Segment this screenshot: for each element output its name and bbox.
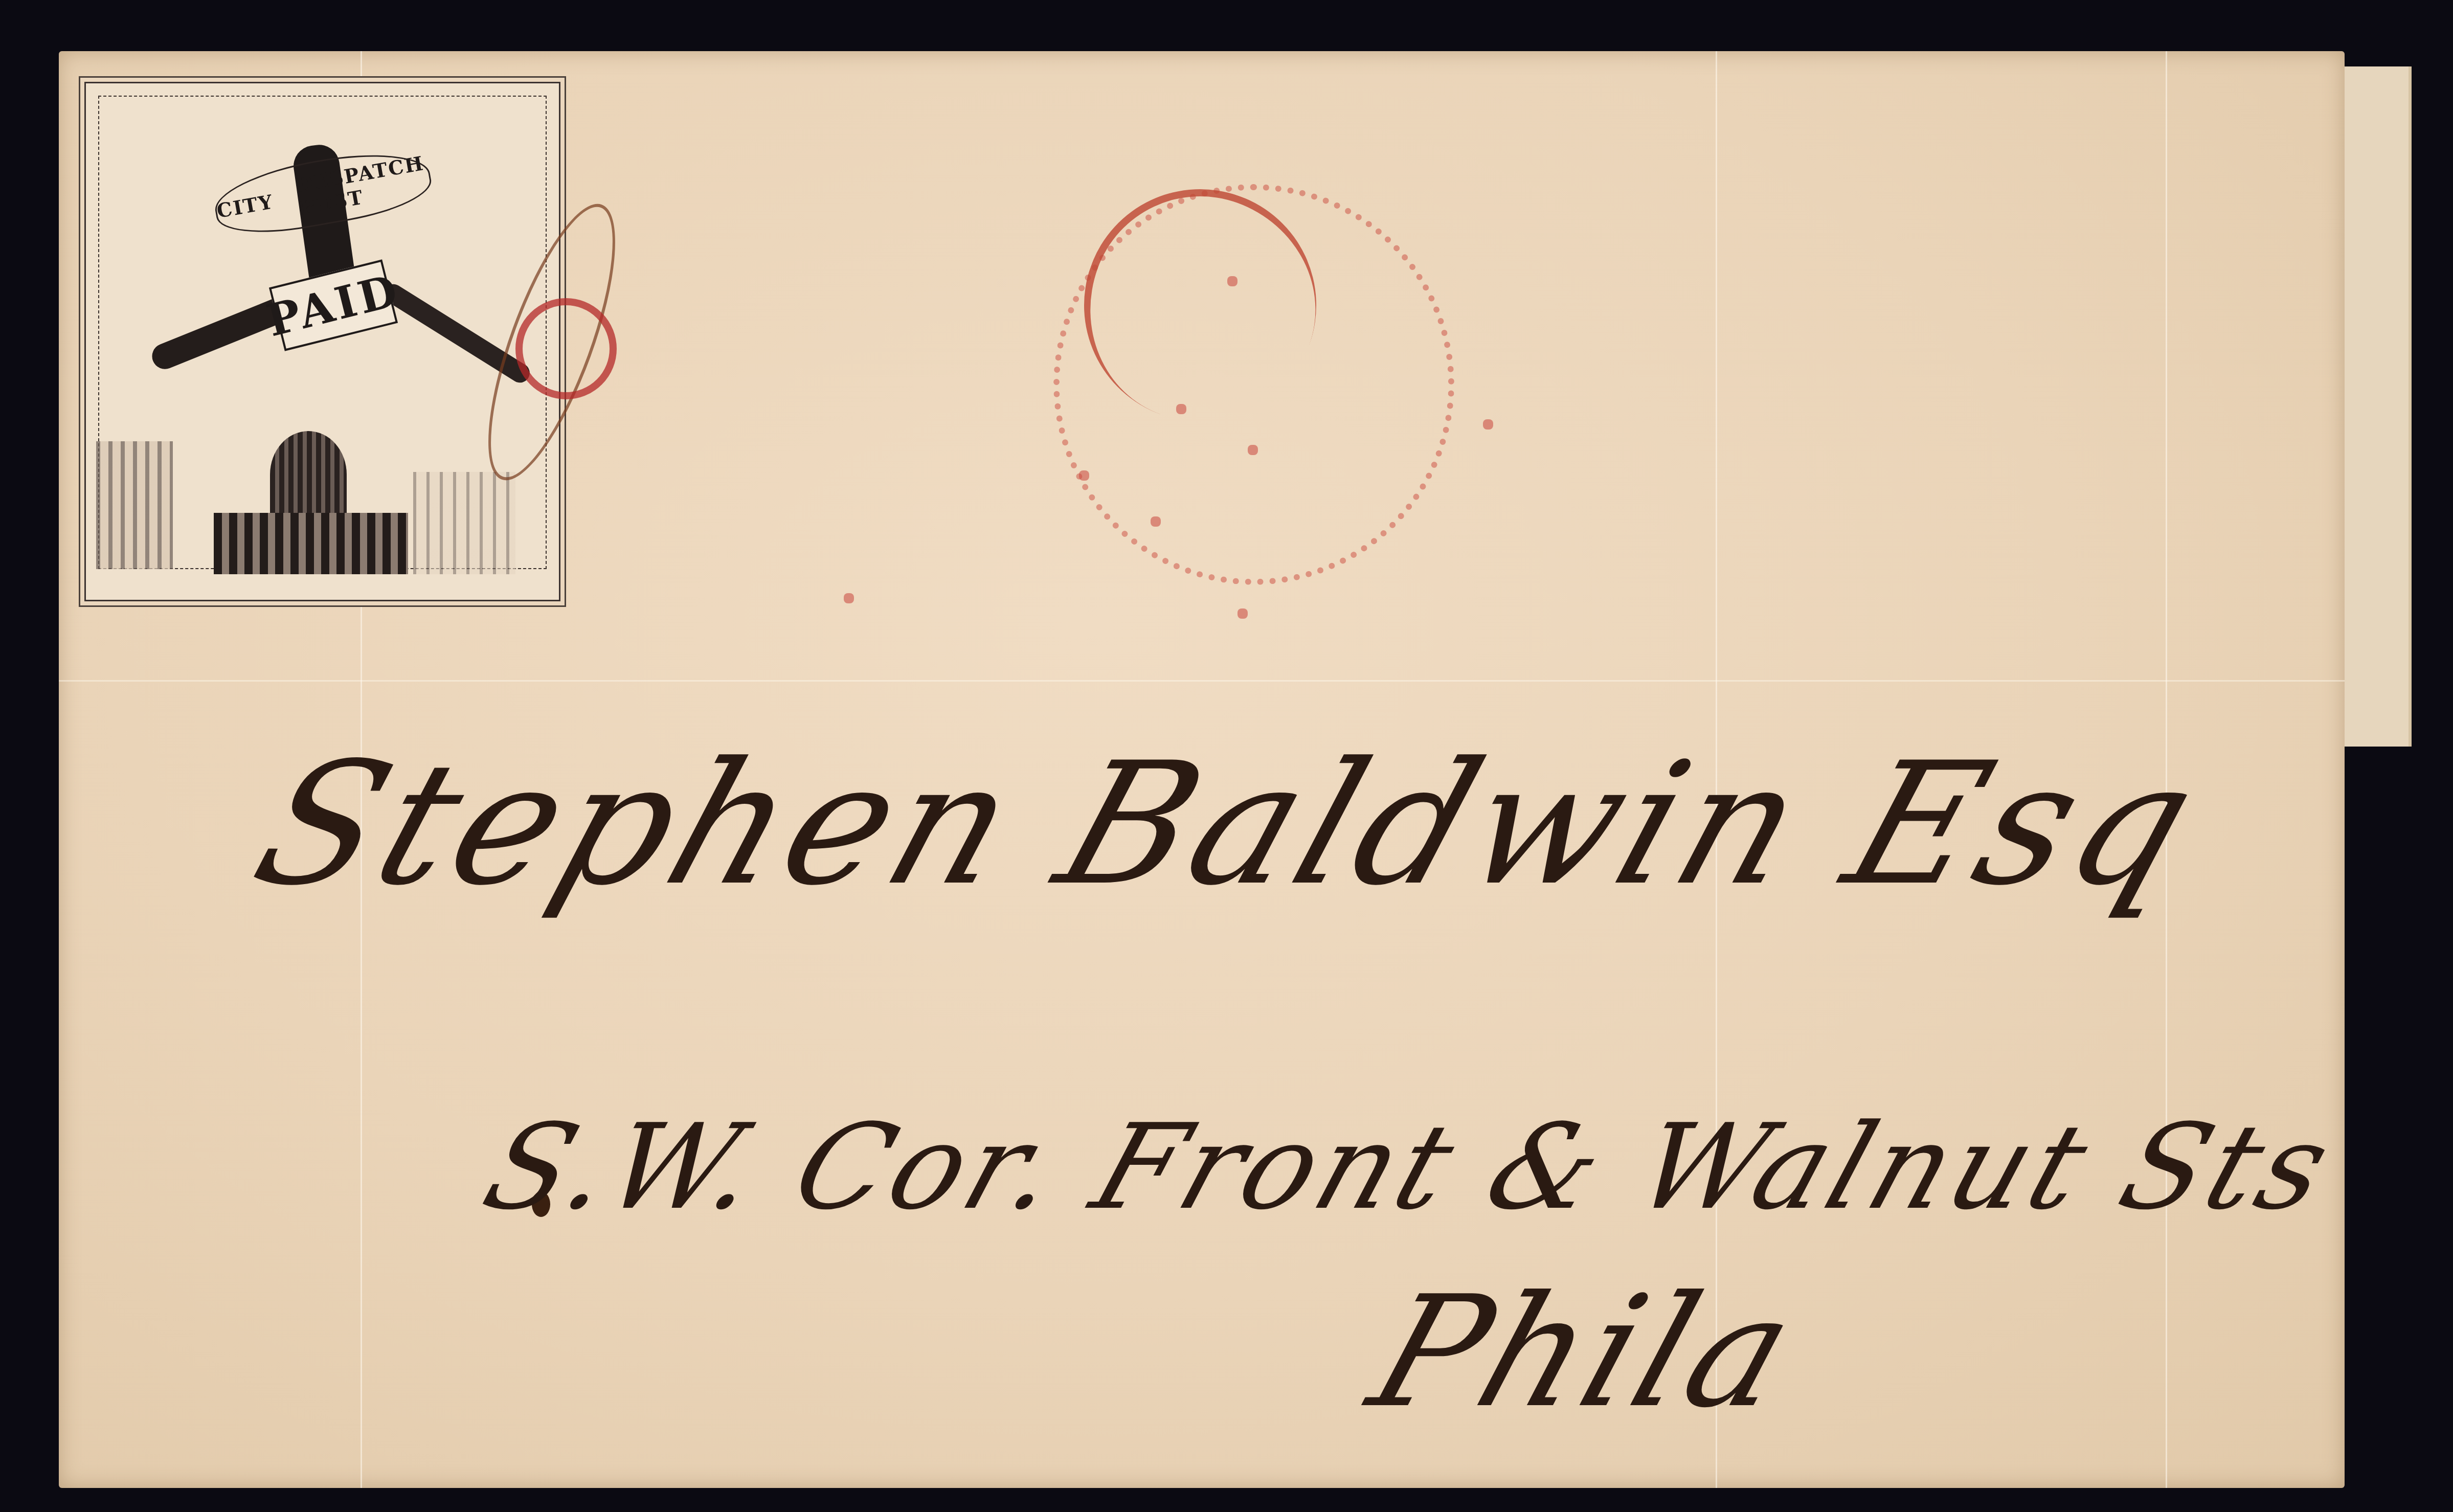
fold-line	[59, 680, 2345, 682]
postmark-fragment	[1227, 276, 1237, 286]
addressee-name: Stephen Baldwin Esq	[234, 726, 2222, 922]
address-street: S.W. Cor. Front & Walnut Sts	[469, 1099, 2349, 1236]
building-illustration-left	[96, 441, 173, 569]
postmark-fragment	[1176, 404, 1186, 414]
building-illustration-right	[413, 472, 515, 574]
stamp-banner-left-text: CITY	[215, 190, 275, 222]
exchange-colonnade-illustration	[214, 513, 408, 574]
address-city: Phila	[1352, 1263, 1816, 1441]
postmark-fragment	[1151, 516, 1161, 527]
red-circle-cancel	[515, 298, 617, 399]
exchange-dome-illustration	[270, 431, 347, 518]
postmark-fragment	[1079, 470, 1089, 481]
postmark-fragment	[844, 593, 854, 603]
postmark-fragment	[1237, 608, 1248, 619]
postmark-fragment	[1483, 419, 1493, 430]
postmark-fragment	[1248, 445, 1258, 455]
city-despatch-post-stamp: CITY DESPATCH POST PAID	[84, 82, 560, 601]
